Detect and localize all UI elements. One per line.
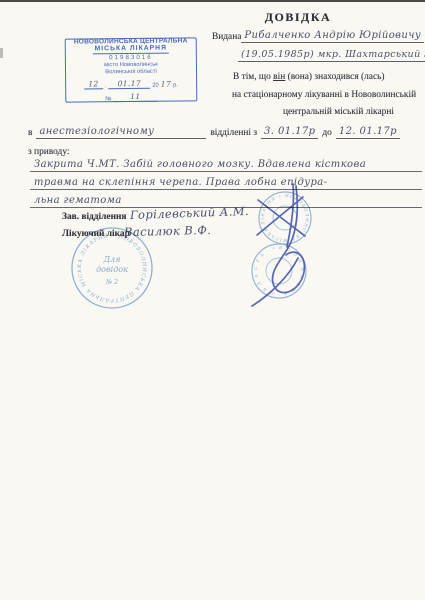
stamp-date-day: 12	[84, 79, 102, 89]
stamp-date-row: 12 . 01.17 2017 р.	[84, 79, 178, 90]
scan-edge-line	[0, 0, 425, 2]
patient-details-row: (19.05.1985р) мкр. Шахтарський 53/43	[238, 49, 422, 62]
diagnosis-text-3: льна гематома	[34, 195, 122, 206]
issued-row: Видана Рибалченко Андрію Юрійовичу	[212, 30, 421, 43]
stamp-no-label: №	[105, 96, 111, 102]
stamp-date-dot: .	[105, 83, 107, 89]
sentence-3: центральній міській лікарні	[283, 106, 394, 118]
stamp-year-prefix: 20	[152, 83, 159, 89]
diagnosis-text-1: Закрита Ч.МТ. Забій головного мозку. Вда…	[34, 159, 366, 170]
department-row: в анестезіологічному відділенні з 3. 01.…	[28, 126, 400, 139]
in-label: в	[28, 127, 32, 139]
stamp-no-value: 11	[113, 92, 157, 102]
stamp-hospital-name-2: МІСЬКА ЛІКАРНЯ	[93, 45, 169, 55]
stamp-date-month: 01.17	[108, 79, 150, 89]
right-stamps-and-signature: НОВОВОЛИНСЬКА МІСЬКА ЛІКАРНЯ • ВОЛИНСЬКА…	[238, 178, 333, 313]
stamp-year-suffix: р.	[173, 83, 178, 89]
issued-label: Видана	[212, 31, 241, 43]
patient-details-handwritten: (19.05.1985р) мкр. Шахтарський 53/43	[238, 49, 425, 62]
svg-text:НОВОВОЛИНСЬКА МІСЬКА ЛІКАРНЯ •: НОВОВОЛИНСЬКА МІСЬКА ЛІКАРНЯ •	[260, 193, 310, 243]
round-stamp-center-2: довідок	[96, 265, 128, 274]
round-stamp-certificates: • НОВОВОЛИНСЬКА ЦЕНТРАЛЬНА МІСЬКА ЛІКАРН…	[68, 224, 156, 312]
to-label: до	[322, 127, 331, 139]
scanned-certificate: ДОВІДКА НОВОВОЛИНСЬКА ЦЕНТРАЛЬНА МІСЬКА …	[0, 0, 425, 600]
sentence-2: на стаціонарному лікуванні в Нововолинсь…	[232, 89, 416, 101]
sentence-1c: (вона) знаходився (лась)	[288, 72, 385, 82]
stamp-number-row: № 11	[105, 92, 157, 103]
head-of-dept-signature: Горілевський А.М.	[130, 204, 249, 222]
stamp-region: Волинської області	[105, 69, 157, 76]
sentence-1: В тім, що він (вона) знаходився (лась)	[233, 71, 385, 83]
pen-signature-flourish	[252, 184, 305, 306]
department-handwritten: анестезіологічному	[36, 126, 206, 139]
upper-round-stamp-circle	[259, 192, 311, 244]
stamp-year-hw: 17	[161, 80, 171, 89]
scan-smudge	[0, 48, 3, 58]
diagnosis-line-2: травма на склепіння черепа. Права лобна …	[30, 172, 422, 190]
head-of-dept-label: Зав. відділення	[62, 211, 126, 223]
round-stamp-center-3: № 2	[105, 278, 118, 286]
date-from-handwritten: 3. 01.17р	[261, 126, 318, 139]
hospital-rect-stamp: НОВОВОЛИНСЬКА ЦЕНТРАЛЬНА МІСЬКА ЛІКАРНЯ …	[65, 37, 198, 102]
round-stamp-center-1: Для	[103, 255, 121, 264]
patient-name-handwritten: Рибалченко Андрію Юрійовичу	[241, 30, 424, 43]
lower-round-stamp-circle	[252, 244, 306, 298]
sentence-1b-underlined: він	[273, 72, 285, 82]
document-title: ДОВІДКА	[232, 10, 364, 25]
sentence-1a: В тім, що	[233, 72, 271, 82]
upper-round-stamp-ring-text: НОВОВОЛИНСЬКА МІСЬКА ЛІКАРНЯ •	[260, 193, 310, 243]
diagnosis-line-1: Закрита Ч.МТ. Забій головного мозку. Вда…	[30, 154, 422, 172]
date-to-handwritten: 12. 01.17р	[336, 126, 400, 139]
dept-label: відділенні з	[210, 127, 257, 139]
